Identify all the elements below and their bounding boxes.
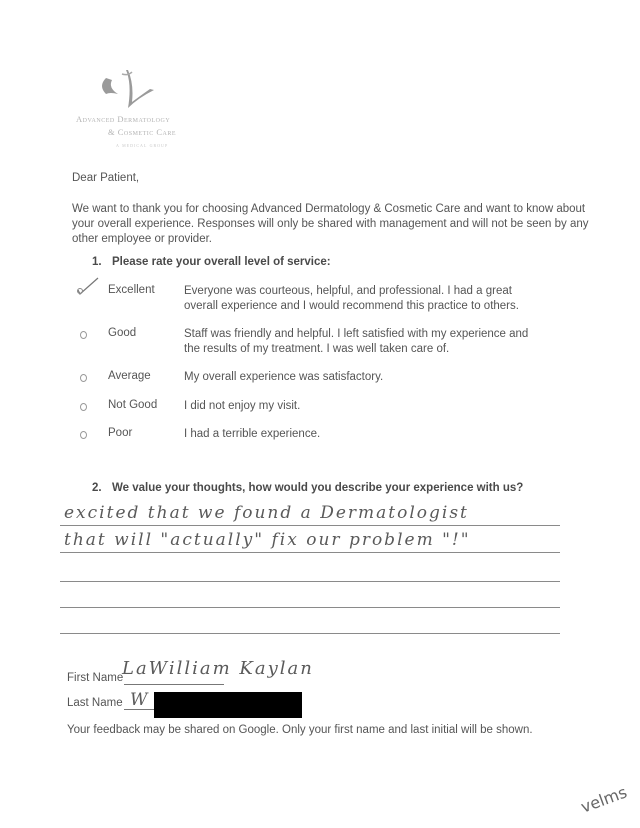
greeting: Dear Patient, <box>72 172 139 184</box>
handwritten-answer-line-1: excited that we found a Dermatologist <box>64 503 469 523</box>
redaction-box <box>154 692 302 718</box>
corner-initials: velms <box>578 782 629 816</box>
adcc-logo-mark-icon <box>98 64 168 112</box>
radio-icon[interactable] <box>80 331 87 339</box>
option-description: Everyone was courteous, helpful, and pro… <box>184 284 544 314</box>
intro-paragraph: We want to thank you for choosing Advanc… <box>72 202 592 247</box>
first-name-label: First Name <box>67 672 123 684</box>
question-1-number: 1. <box>92 256 112 268</box>
question-2-number: 2. <box>92 482 112 494</box>
option-description: I did not enjoy my visit. <box>184 399 544 414</box>
option-description: Staff was friendly and helpful. I left s… <box>184 327 544 357</box>
option-description: I had a terrible experience. <box>184 427 544 442</box>
answer-line-4[interactable] <box>60 607 560 608</box>
logo-text-line2: & Cosmetic Care <box>108 127 176 137</box>
option-description: My overall experience was satisfactory. <box>184 370 544 385</box>
logo-text-line3: a medical group <box>116 143 168 149</box>
option-label: Average <box>108 370 151 382</box>
question-2-heading: 2.We value your thoughts, how would you … <box>92 482 523 494</box>
first-name-field[interactable] <box>124 684 224 685</box>
answer-line-3[interactable] <box>60 581 560 582</box>
checkmark-icon <box>76 276 100 298</box>
option-label: Excellent <box>108 284 155 296</box>
handwritten-answer-line-2: that will "actually" fix our problem "!" <box>64 530 471 550</box>
question-2-text: We value your thoughts, how would you de… <box>112 482 523 494</box>
answer-line-5[interactable] <box>60 633 560 634</box>
answer-line-2[interactable] <box>60 552 560 553</box>
radio-icon[interactable] <box>80 374 87 382</box>
logo-text-line1: Advanced Dermatology <box>76 114 170 124</box>
google-sharing-note: Your feedback may be shared on Google. O… <box>67 724 533 736</box>
first-name-signature: LaWilliam Kaylan <box>122 658 314 679</box>
question-1-text: Please rate your overall level of servic… <box>112 256 331 268</box>
option-label: Good <box>108 327 136 339</box>
answer-line-1[interactable] <box>60 525 560 526</box>
option-label: Not Good <box>108 399 157 411</box>
option-label: Poor <box>108 427 132 439</box>
question-1-heading: 1.Please rate your overall level of serv… <box>92 256 331 268</box>
radio-icon[interactable] <box>80 403 87 411</box>
radio-icon[interactable] <box>80 431 87 439</box>
last-name-label: Last Name <box>67 697 123 709</box>
last-name-signature: W <box>130 690 149 710</box>
